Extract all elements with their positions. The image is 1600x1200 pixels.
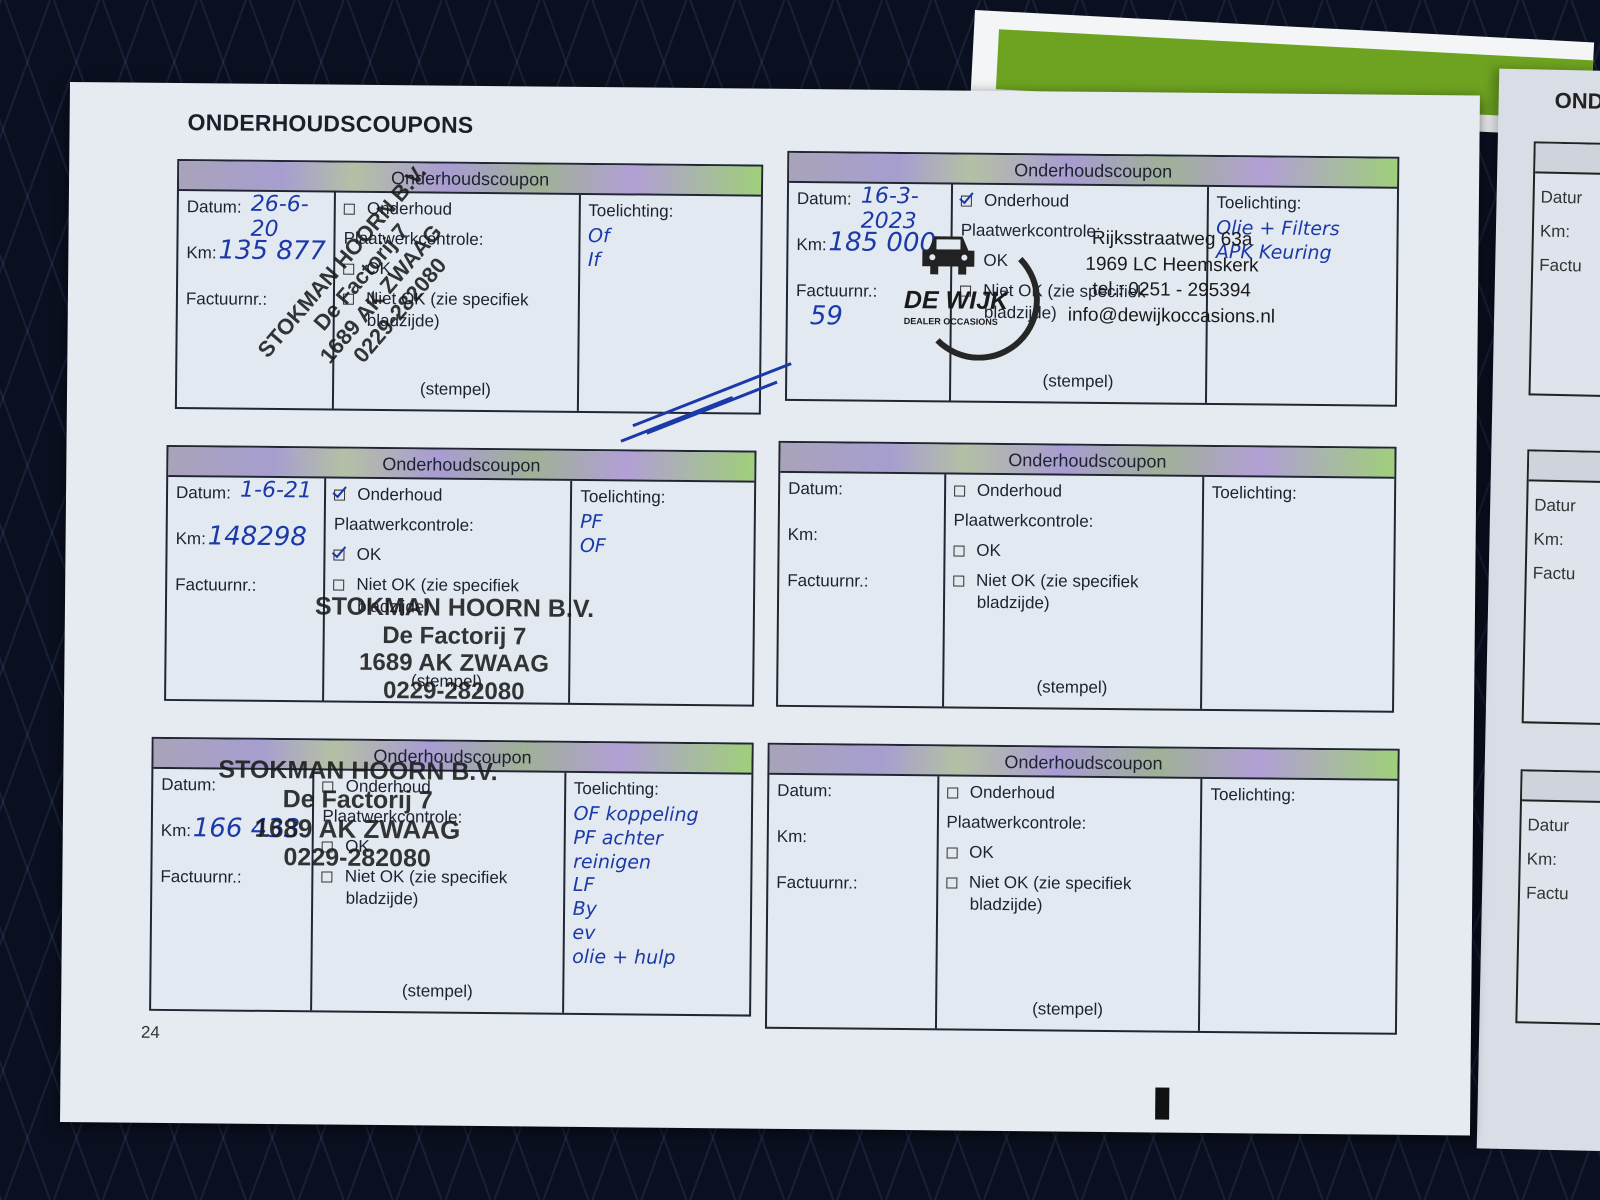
toelichting-notes[interactable] — [1212, 507, 1386, 509]
niet-ok-label: Niet OK (zie specifiek — [969, 873, 1132, 894]
toelichting-label: Toelichting: — [1210, 785, 1295, 805]
coupon-middle-right: Onderhoudscoupon Datum: Km: Factuurnr.: … — [776, 441, 1397, 713]
next-page-coupon: DaturKm:Factu — [1528, 141, 1600, 398]
stamp-line: STOKMAN HOORN B.V. — [315, 592, 594, 623]
stamp-line: 0229-282080 — [217, 843, 496, 874]
ok-checkbox[interactable] — [953, 546, 964, 557]
toelichting-line: By — [573, 898, 743, 923]
toelichting-notes[interactable]: OF koppelingPF achter reinigenLFByevolie… — [572, 803, 743, 971]
ok-label: OK — [357, 545, 382, 564]
niet-ok-checkbox[interactable] — [333, 580, 344, 591]
dealer-stamp: STOKMAN HOORN B.V.De Factorij 71689 AK Z… — [314, 592, 594, 706]
toelichting-line: LF — [573, 874, 743, 899]
coupon-bottom-right: Onderhoudscoupon Datum: Km: Factuurnr.: … — [765, 743, 1400, 1035]
next-page-title: OND — [1554, 88, 1600, 115]
onderhoud-checkbox[interactable] — [334, 490, 345, 501]
toelichting-line: PF — [580, 511, 746, 536]
niet-ok-checkbox[interactable] — [946, 877, 957, 888]
coupon-notes-column: Toelichting: OfIf — [578, 195, 760, 413]
ok-label: OK — [976, 541, 1001, 560]
niet-ok-label: Niet OK (zie specifiek — [976, 571, 1139, 592]
coupon-info-column: Datum: Km: Factuurnr.: — [767, 775, 939, 1029]
coupon-notes-column: Toelichting: PFOF — [570, 481, 754, 705]
stamp-line: 1969 LC Heemskerk — [1068, 251, 1276, 279]
stamp-line: De Factorij 7 — [218, 784, 497, 815]
toelichting-line: ev — [572, 922, 742, 947]
stempel-label: (stempel) — [334, 379, 577, 401]
niet-ok-label-cont: bladzijde) — [977, 593, 1193, 615]
toelichting-label: Toelichting: — [1216, 193, 1301, 213]
toelichting-line: If — [588, 249, 753, 274]
stamp-line: info@dewijkoccasions.nl — [1068, 303, 1276, 331]
niet-ok-label-cont: bladzijde) — [346, 889, 555, 911]
factuurnr-label: Factuurnr.: — [787, 571, 935, 618]
onderhoud-checkbox[interactable] — [954, 486, 965, 497]
datum-label: Datum: — [788, 479, 936, 526]
coupon-top-left: Onderhoudscoupon Datum: Km: Factuurnr.: … — [175, 159, 763, 415]
ok-label: OK — [969, 843, 994, 862]
onderhoud-checkbox[interactable] — [947, 787, 958, 798]
dewijk-sub: DEALER OCCASIONS — [904, 316, 998, 327]
page-number: 24 — [141, 1023, 160, 1043]
coupon-notes-column: Toelichting: — [1200, 779, 1397, 1033]
datum-label: Datum: — [777, 781, 929, 828]
next-page-coupon: DaturKm:Factu — [1522, 449, 1600, 726]
plaatwerkcontrole-label: Plaatwerkcontrole: — [946, 812, 1192, 834]
stamp-line: 0229-282080 — [314, 676, 593, 706]
coupon-check-column: Onderhoud Plaatwerkcontrole: OK Niet OK … — [944, 474, 1204, 708]
toelichting-notes[interactable]: PFOF — [580, 511, 746, 560]
stamp-line: Rijksstraatweg 63a — [1068, 226, 1276, 254]
coupon-info-column: Datum: Km: Factuurnr.: — [778, 473, 946, 707]
stamp-line: 1689 AK ZWAAG — [314, 649, 593, 679]
toelichting-label: Toelichting: — [1212, 483, 1297, 503]
stamp-line: De Factorij 7 — [315, 621, 594, 651]
plaatwerkcontrole-label: Plaatwerkcontrole: — [334, 515, 562, 537]
niet-ok-checkbox[interactable] — [953, 576, 964, 587]
toelichting-label: Toelichting: — [574, 779, 659, 799]
coupon-notes-column: Toelichting: OF koppelingPF achter reini… — [564, 773, 752, 1015]
toelichting-line: OF koppeling — [573, 803, 743, 828]
toelichting-label: Toelichting: — [588, 201, 673, 221]
ok-checkbox[interactable] — [334, 550, 345, 561]
stempel-label: (stempel) — [937, 998, 1199, 1021]
plaatwerkcontrole-label: Plaatwerkcontrole: — [954, 511, 1194, 533]
page-marker — [1155, 1087, 1169, 1119]
ok-checkbox[interactable] — [946, 847, 957, 858]
onderhoud-label: Onderhoud — [977, 481, 1062, 501]
coupon-info-column: Datum: Km: Factuurnr.: 1-6-21 148298 — [166, 477, 326, 701]
car-icon — [918, 230, 979, 284]
stamp-line: tel.: 0251 - 295394 — [1068, 277, 1276, 305]
booklet-page: ONDERHOUDSCOUPONS 24 Onderhoudscoupon Da… — [60, 82, 1480, 1135]
dewijk-address: Rijksstraatweg 63a1969 LC Heemskerktel.:… — [1068, 226, 1276, 331]
km-label: Km: — [776, 827, 928, 874]
onderhoud-label: Onderhoud — [984, 191, 1069, 211]
toelichting-label: Toelichting: — [580, 487, 665, 507]
coupon-notes-column: Toelichting: — [1202, 477, 1395, 711]
toelichting-notes[interactable] — [1210, 809, 1389, 811]
coupon-check-column: Onderhoud Plaatwerkcontrole: OK Niet OK … — [937, 776, 1203, 1031]
page-title: ONDERHOUDSCOUPONS — [187, 109, 473, 139]
toelichting-line: Of — [588, 225, 753, 250]
km-label: Km: — [787, 525, 935, 572]
next-page-edge: OND DaturKm:Factu DaturKm:Factu DaturKm:… — [1477, 69, 1600, 1152]
km-value[interactable]: 135 877 — [218, 235, 326, 266]
toelichting-line: olie + hulp — [572, 945, 742, 970]
toelichting-line: PF achter reinigen — [573, 827, 743, 876]
factuurnr-label: Factuurnr.: — [175, 575, 316, 622]
stamp-line: STOKMAN HOORN B.V. — [218, 755, 497, 786]
stempel-label: (stempel) — [313, 980, 562, 1002]
onderhoud-checkbox[interactable] — [961, 196, 972, 207]
stempel-label: (stempel) — [944, 676, 1200, 698]
toelichting-notes[interactable]: OfIf — [588, 225, 753, 274]
onderhoud-checkbox[interactable] — [344, 204, 355, 215]
stempel-label: (stempel) — [951, 370, 1205, 392]
onderhoud-label: Onderhoud — [970, 783, 1055, 803]
next-page-coupon: DaturKm:Factu — [1515, 769, 1600, 1026]
niet-ok-checkbox[interactable] — [322, 871, 333, 882]
dewijk-brand: DE WIJK — [904, 286, 1008, 316]
toelichting-line: OF — [580, 535, 746, 560]
factuurnr-label: Factuurnr.: — [776, 873, 928, 920]
niet-ok-label-cont: bladzijde) — [970, 895, 1192, 917]
factuurnr-label: Factuurnr.: — [160, 867, 304, 914]
factuurnr-value[interactable]: 59 — [810, 301, 843, 331]
stamp-line: 1689 AK ZWAAG — [218, 813, 497, 846]
dealer-stamp: STOKMAN HOORN B.V.De Factorij 71689 AK Z… — [217, 755, 497, 874]
datum-value[interactable]: 1-6-21 — [240, 478, 312, 504]
km-value[interactable]: 148298 — [208, 521, 308, 552]
onderhoud-label: Onderhoud — [357, 485, 442, 505]
